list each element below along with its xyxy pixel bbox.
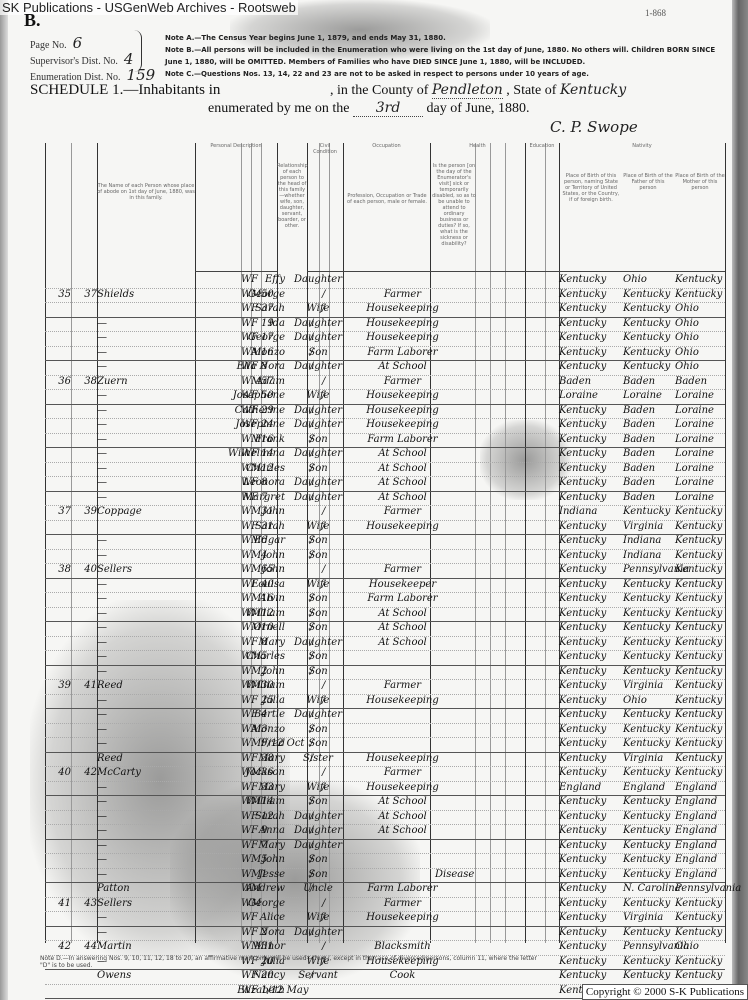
father-birthplace: Kentucky xyxy=(623,796,675,807)
mother-birthplace: Kentucky xyxy=(675,738,725,749)
occupation: At School xyxy=(355,492,450,503)
mother-birthplace: Kentucky xyxy=(675,970,725,981)
age: 4 xyxy=(261,709,267,720)
age: 14 xyxy=(261,448,274,459)
single-mark: / xyxy=(310,637,313,648)
race: W xyxy=(241,419,251,430)
surname: — xyxy=(97,477,152,488)
family-number: 41 xyxy=(73,680,97,691)
age: 10 xyxy=(261,622,274,633)
surname: — xyxy=(97,825,152,836)
race: W xyxy=(241,796,251,807)
mother-birthplace: Ohio xyxy=(675,941,725,952)
relationship: Daughter xyxy=(289,332,347,343)
relationship: Son xyxy=(289,651,347,662)
table-row: ReedMaryWF38Sister/HousekeepingKentuckyV… xyxy=(45,752,725,768)
race: W xyxy=(241,477,251,488)
state-value: Kentucky xyxy=(560,82,626,98)
married-mark: / xyxy=(322,303,325,314)
table-row: SarahWF37Wife/HousekeepingKentuckyKentuc… xyxy=(45,302,725,318)
table-row: —AlonzoWM3Son/KentuckyKentuckyKentucky xyxy=(45,723,725,739)
surname: — xyxy=(97,347,152,358)
relationship: Daughter xyxy=(289,318,347,329)
mother-birthplace: Kentucky xyxy=(675,579,725,590)
race: W xyxy=(241,332,251,343)
birthplace: Kentucky xyxy=(559,477,623,488)
race: W xyxy=(241,738,251,749)
sex: M xyxy=(251,883,261,894)
single-mark: / xyxy=(310,840,313,851)
age: 16 xyxy=(261,593,274,604)
married-mark: / xyxy=(322,941,325,952)
race: W xyxy=(241,651,251,662)
age: 57 xyxy=(261,376,274,387)
sex: M xyxy=(251,869,261,880)
mother-birthplace: Kentucky xyxy=(675,898,725,909)
relationship: Daughter xyxy=(289,477,347,488)
father-birthplace: Kentucky xyxy=(623,651,675,662)
surname: — xyxy=(97,724,152,735)
father-birthplace: Kentucky xyxy=(623,869,675,880)
race: W xyxy=(241,811,251,822)
sex: M xyxy=(251,376,261,387)
single-mark: / xyxy=(310,622,313,633)
census-page: SK Publications - USGenWeb Archives - Ro… xyxy=(0,0,748,1000)
relationship: Daughter xyxy=(289,709,347,720)
table-row: —WilhelminaWF14Daughter/At SchoolKentuck… xyxy=(45,447,725,463)
birthplace: Kentucky xyxy=(559,361,623,372)
sex: F xyxy=(251,709,258,720)
sex: F xyxy=(251,448,258,459)
race: W xyxy=(241,985,251,996)
occupation: Housekeeping xyxy=(355,332,450,343)
birthplace: Indiana xyxy=(559,506,623,517)
watermark: SK Publications - USGenWeb Archives - Ro… xyxy=(0,0,298,15)
occupation: At School xyxy=(355,463,450,474)
birthplace: Kentucky xyxy=(559,709,623,720)
race: W xyxy=(241,724,251,735)
father-birthplace: Pennsylvania xyxy=(623,564,675,575)
age: 36 xyxy=(261,767,274,778)
surname: — xyxy=(97,869,152,880)
table-row: —LeonoraWF8Daughter/At SchoolKentuckyBad… xyxy=(45,476,725,492)
birthplace: Kentucky xyxy=(559,840,623,851)
race: W xyxy=(241,709,251,720)
father-birthplace: Baden xyxy=(623,376,675,387)
birthplace: Kentucky xyxy=(559,869,623,880)
birthplace: Kentucky xyxy=(559,550,623,561)
birthplace: Kentucky xyxy=(559,347,623,358)
father-birthplace: Baden xyxy=(623,419,675,430)
father-birthplace: Kentucky xyxy=(623,825,675,836)
relationship: Uncle xyxy=(289,883,347,894)
header-civil: Civil Condition xyxy=(307,143,343,272)
occupation: Farmer xyxy=(355,376,450,387)
race: W xyxy=(241,593,251,604)
single-mark: / xyxy=(310,796,313,807)
birthplace: Kentucky xyxy=(559,434,623,445)
age: 25 xyxy=(261,695,274,706)
occupation: At School xyxy=(355,811,450,822)
sex: F xyxy=(251,985,258,996)
relationship: Son xyxy=(289,738,347,749)
race: W xyxy=(241,274,251,285)
county-line: , in the County of Pendleton , State of … xyxy=(330,82,626,99)
father-birthplace: Kentucky xyxy=(623,289,675,300)
relationship: Daughter xyxy=(289,405,347,416)
race: W xyxy=(241,535,251,546)
mother-birthplace: Kentucky xyxy=(675,666,725,677)
table-row: 3941ReedWilliamWM30/FarmerKentuckyVirgin… xyxy=(45,679,725,695)
table-row: EffyWFDaughterKentuckyOhioKentucky xyxy=(45,273,725,289)
relationship: Son xyxy=(289,666,347,677)
father-birthplace: Kentucky xyxy=(623,956,675,967)
occupation: Housekeeping xyxy=(355,753,450,764)
surname: Coppage xyxy=(97,506,152,517)
sex: F xyxy=(251,753,258,764)
mother-birthplace: Loraine xyxy=(675,405,725,416)
birthplace: Kentucky xyxy=(559,651,623,662)
married-mark: / xyxy=(322,506,325,517)
race: W xyxy=(241,492,251,503)
race: W xyxy=(241,376,251,387)
surname: McCarty xyxy=(97,767,152,778)
sex: F xyxy=(251,303,258,314)
mother-birthplace: Kentucky xyxy=(675,680,725,691)
age: 20 xyxy=(261,970,274,981)
mother-birthplace: Kentucky xyxy=(675,593,725,604)
single-mark: / xyxy=(310,927,313,938)
birthplace: Kentucky xyxy=(559,274,623,285)
surname: — xyxy=(97,912,152,923)
age: 2 xyxy=(261,666,267,677)
schedule-title: SCHEDULE 1.—Inhabitants in xyxy=(30,82,220,99)
single-mark: / xyxy=(310,477,313,488)
table-row: —OrnellWM10Son/At SchoolKentuckyKentucky… xyxy=(45,621,725,637)
occupation: Farm Laborer xyxy=(355,347,450,358)
race: W xyxy=(241,579,251,590)
table-row: —JosepheneWF50Wife/HousekeepingLoraineLo… xyxy=(45,389,725,405)
relationship: Daughter xyxy=(289,927,347,938)
race: W xyxy=(241,289,251,300)
mother-birthplace: Kentucky xyxy=(675,724,725,735)
surname: — xyxy=(97,622,152,633)
occupation: At School xyxy=(355,825,450,836)
relationship: Son xyxy=(289,869,347,880)
surname: — xyxy=(97,332,152,343)
married-mark: / xyxy=(322,289,325,300)
form-letter: B. xyxy=(24,10,41,31)
married-mark: / xyxy=(322,579,325,590)
mother-birthplace: Ohio xyxy=(675,303,725,314)
race: W xyxy=(241,767,251,778)
mother-birthplace: Kentucky xyxy=(675,521,725,532)
race: W xyxy=(241,840,251,851)
dwelling-number: 36 xyxy=(45,376,71,387)
table-row: —AlvinWM16Son/Farm LaborerKentuckyKentuc… xyxy=(45,592,725,608)
age: 12 xyxy=(261,811,274,822)
father-birthplace: Kentucky xyxy=(623,724,675,735)
mother-birthplace: Loraine xyxy=(675,463,725,474)
sex: F xyxy=(251,361,258,372)
single-mark: / xyxy=(310,434,313,445)
table-row: —CatherineWF29Daughter/HousekeepingKentu… xyxy=(45,404,725,420)
father-birthplace: Kentucky xyxy=(623,593,675,604)
race: W xyxy=(241,303,251,314)
surname: — xyxy=(97,709,152,720)
sex: M xyxy=(251,796,261,807)
mother-birthplace: Kentucky xyxy=(675,912,725,923)
married-mark: / xyxy=(322,782,325,793)
age: 31 xyxy=(261,506,274,517)
father-birthplace: Kentucky xyxy=(623,637,675,648)
age: 12 xyxy=(261,608,274,619)
birthplace: Kentucky xyxy=(559,767,623,778)
occupation: Farmer xyxy=(355,506,450,517)
race: W xyxy=(241,564,251,575)
married-mark: / xyxy=(322,695,325,706)
race: W xyxy=(241,622,251,633)
occupation: Housekeeping xyxy=(355,405,450,416)
table-row: —JohnWM5Son/KentuckyKentuckyEngland xyxy=(45,853,725,869)
family-number: 43 xyxy=(73,898,97,909)
form-code: 1-868 xyxy=(645,8,666,18)
header-name: The Name of each Person whose place of a… xyxy=(97,183,195,271)
birthplace: Kentucky xyxy=(559,956,623,967)
table-row: —JohnWM4Son/KentuckyIndianaKentucky xyxy=(45,549,725,565)
birthplace: Kentucky xyxy=(559,912,623,923)
surname: Sellers xyxy=(97,564,152,575)
surname: — xyxy=(97,608,152,619)
single-mark: / xyxy=(310,550,313,561)
mother-birthplace: Kentucky xyxy=(675,289,725,300)
surname: — xyxy=(97,593,152,604)
dwelling-number: 38 xyxy=(45,564,71,575)
mother-birthplace: England xyxy=(675,825,725,836)
father-birthplace: Pennsylvania xyxy=(623,941,675,952)
sex: F xyxy=(251,927,258,938)
sex: M xyxy=(251,666,261,677)
father-birthplace: Baden xyxy=(623,448,675,459)
family-number: 42 xyxy=(73,767,97,778)
surname: — xyxy=(97,695,152,706)
married-mark: / xyxy=(322,898,325,909)
census-table: Personal Description Civil Condition Occ… xyxy=(45,143,725,943)
county-value: Pendleton xyxy=(432,82,503,99)
surname: — xyxy=(97,840,152,851)
dwelling-number: 39 xyxy=(45,680,71,691)
age: 17 xyxy=(261,332,274,343)
sex: M xyxy=(251,724,261,735)
header-mother-birthplace: Place of Birth of the Mother of this per… xyxy=(675,173,725,271)
race: W xyxy=(241,463,251,474)
father-birthplace: Virginia xyxy=(623,912,675,923)
race: W xyxy=(241,390,251,401)
relationship: Wife xyxy=(289,521,347,532)
mother-birthplace: Baden xyxy=(675,376,725,387)
race: W xyxy=(241,347,251,358)
age: 4 xyxy=(261,550,267,561)
table-row: 3638ZuernAdamWM57/FarmerBadenBadenBaden xyxy=(45,375,725,391)
occupation: At School xyxy=(355,637,450,648)
mother-birthplace: Kentucky xyxy=(675,637,725,648)
mother-birthplace: Ohio xyxy=(675,347,725,358)
occupation: Farmer xyxy=(355,898,450,909)
enumerator-signature: C. P. Swope xyxy=(550,118,638,136)
father-birthplace: Baden xyxy=(623,463,675,474)
surname: Zuern xyxy=(97,376,152,387)
table-row: —EdgarWM6Son/KentuckyIndianaKentucky xyxy=(45,534,725,550)
mother-birthplace: Kentucky xyxy=(675,274,725,285)
age: 30 xyxy=(261,680,274,691)
sex: M xyxy=(251,463,261,474)
mother-birthplace: England xyxy=(675,811,725,822)
single-mark: / xyxy=(310,332,313,343)
age: 5 xyxy=(261,854,267,865)
occupation: Farmer xyxy=(355,680,450,691)
father-birthplace: Kentucky xyxy=(623,347,675,358)
surname: Reed xyxy=(97,680,152,691)
married-mark: / xyxy=(322,521,325,532)
surname: — xyxy=(97,361,152,372)
table-row: 3840SellersJohnWM65/FarmerKentuckyPennsy… xyxy=(45,563,725,579)
surname: Shields xyxy=(97,289,152,300)
mother-birthplace: England xyxy=(675,869,725,880)
dwelling-number: 35 xyxy=(45,289,71,300)
sex: F xyxy=(251,405,258,416)
occupation: Housekeeping xyxy=(355,695,450,706)
surname: — xyxy=(97,419,152,430)
father-birthplace: Virginia xyxy=(623,521,675,532)
single-mark: / xyxy=(310,608,313,619)
surname: — xyxy=(97,666,152,677)
sex: M xyxy=(251,898,261,909)
mother-birthplace: Kentucky xyxy=(675,535,725,546)
relationship: Wife xyxy=(289,579,347,590)
single-mark: / xyxy=(310,883,313,894)
occupation: Farm Laborer xyxy=(355,593,450,604)
relationship: Wife xyxy=(289,390,347,401)
table-row: —MaryWF7Daughter/KentuckyKentuckyEngland xyxy=(45,839,725,855)
single-mark: / xyxy=(310,347,313,358)
single-mark: / xyxy=(310,651,313,662)
sex: M xyxy=(251,622,261,633)
age: 7 xyxy=(261,840,267,851)
sex: M xyxy=(251,651,261,662)
father-birthplace: Baden xyxy=(623,434,675,445)
relationship: Son xyxy=(289,796,347,807)
birthplace: Kentucky xyxy=(559,666,623,677)
single-mark: / xyxy=(310,535,313,546)
occupation: Housekeeper xyxy=(355,579,450,590)
occupation: Cook xyxy=(355,970,450,981)
table-row: —FredWM9/12 OctSon/KentuckyKentuckyKentu… xyxy=(45,737,725,753)
table-row: 3537ShieldsGeorgeWM50/FarmerKentuckyKent… xyxy=(45,288,725,304)
relationship: Son xyxy=(289,535,347,546)
father-birthplace: Kentucky xyxy=(623,840,675,851)
table-row: —NoraWF2Daughter/KentuckyKentuckyKentuck… xyxy=(45,926,725,942)
table-row: —FrankWM16Son/Farm LaborerKentuckyBadenL… xyxy=(45,433,725,449)
birthplace: Kentucky xyxy=(559,622,623,633)
single-mark: / xyxy=(310,738,313,749)
header-birthplace: Place of Birth of this person, naming St… xyxy=(561,173,621,271)
race: W xyxy=(241,680,251,691)
father-birthplace: Baden xyxy=(623,492,675,503)
age: 31 xyxy=(261,941,274,952)
birthplace: Kentucky xyxy=(559,521,623,532)
birthplace: Baden xyxy=(559,376,623,387)
surname: — xyxy=(97,448,152,459)
father-birthplace: Kentucky xyxy=(623,608,675,619)
mother-birthplace: Pennsylvania xyxy=(675,883,725,894)
birthplace: Kentucky xyxy=(559,738,623,749)
father-birthplace: Kentucky xyxy=(623,927,675,938)
sex: F xyxy=(251,390,258,401)
relationship: Daughter xyxy=(289,448,347,459)
single-mark: / xyxy=(310,361,313,372)
occupation: Housekeeping xyxy=(355,390,450,401)
birthplace: Kentucky xyxy=(559,593,623,604)
age: 8 xyxy=(261,637,267,648)
birthplace: Kentucky xyxy=(559,608,623,619)
occupation: Housekeeping xyxy=(355,303,450,314)
sex: M xyxy=(251,535,261,546)
mother-birthplace: Ohio xyxy=(675,318,725,329)
single-mark: / xyxy=(310,405,313,416)
sex: F xyxy=(251,811,258,822)
enumeration-date-line: enumerated by me on the 3rd day of June,… xyxy=(208,100,530,117)
table-row: —MaryWF8Daughter/At SchoolKentuckyKentuc… xyxy=(45,636,725,652)
race: W xyxy=(241,608,251,619)
birthplace: Kentucky xyxy=(559,318,623,329)
mother-birthplace: Kentucky xyxy=(675,695,725,706)
table-row: —CharlesWM5Son/KentuckyKentuckyKentucky xyxy=(45,650,725,666)
sex: F xyxy=(251,419,258,430)
sex: F xyxy=(251,912,258,923)
relationship: Daughter xyxy=(289,811,347,822)
birthplace: Kentucky xyxy=(559,405,623,416)
table-row: —WilliamWM12Son/At SchoolKentuckyKentuck… xyxy=(45,607,725,623)
surname: Patton xyxy=(97,883,152,894)
single-mark: / xyxy=(310,419,313,430)
occupation: Blacksmith xyxy=(355,941,450,952)
birthplace: Kentucky xyxy=(559,753,623,764)
occupation: Farmer xyxy=(355,289,450,300)
relationship: Sister xyxy=(289,753,347,764)
sex: F xyxy=(251,637,258,648)
race: W xyxy=(241,782,251,793)
header-education: Education xyxy=(525,143,559,272)
race: W xyxy=(241,666,251,677)
father-birthplace: Kentucky xyxy=(623,361,675,372)
birthplace: Kentucky xyxy=(559,724,623,735)
scan-edge-right xyxy=(732,0,748,1000)
race: W xyxy=(241,941,251,952)
single-mark: / xyxy=(310,448,313,459)
single-mark: / xyxy=(310,593,313,604)
table-row: 3739CoppageJohnWM31/FarmerIndianaKentuck… xyxy=(45,505,725,521)
sex: F xyxy=(251,970,258,981)
surname: — xyxy=(97,651,152,662)
father-birthplace: Kentucky xyxy=(623,666,675,677)
birthplace: Kentucky xyxy=(559,811,623,822)
table-row: —JesseWM1Son/DiseaseKentuckyKentuckyEngl… xyxy=(45,868,725,884)
table-row: —BertieWF4Daughter/KentuckyKentuckyKentu… xyxy=(45,708,725,724)
occupation: Farmer xyxy=(355,767,450,778)
sex: F xyxy=(251,477,258,488)
surname: — xyxy=(97,854,152,865)
race: W xyxy=(241,927,251,938)
